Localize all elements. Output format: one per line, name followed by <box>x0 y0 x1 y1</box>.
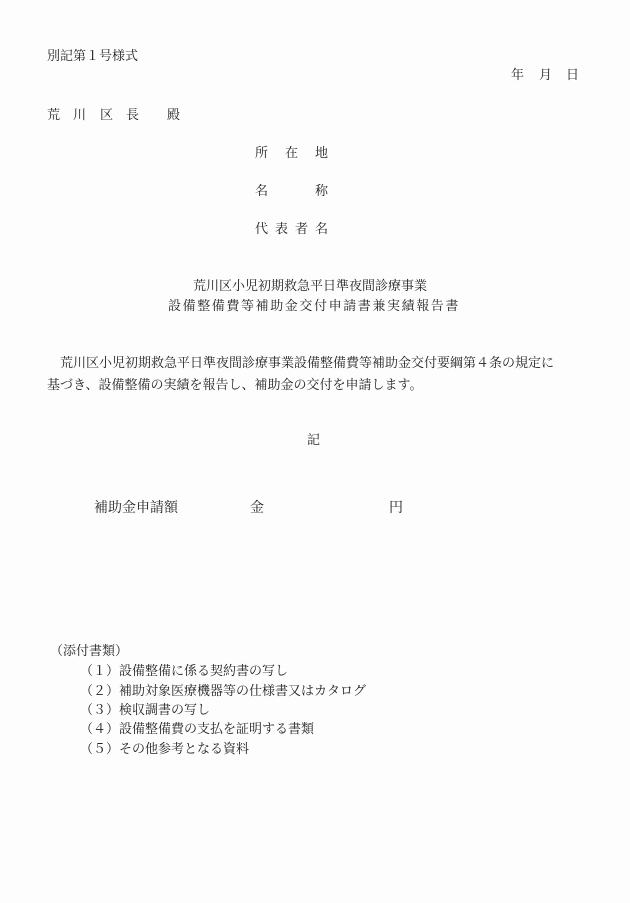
name-label: 称 <box>315 184 328 200</box>
body-line-2: 基づき、設備整備の実績を報告し、補助金の交付を申請します。 <box>47 378 422 394</box>
representative-label: 者 <box>295 222 308 238</box>
date-year: 年 <box>511 68 524 84</box>
date-month: 月 <box>539 68 552 84</box>
addressee-char: 区 <box>100 108 113 124</box>
attachment-item: （４）設備整備費の支払を証明する書類 <box>80 722 314 738</box>
addressee-char: 長 <box>126 108 139 124</box>
attachments-heading: （添付書類） <box>50 644 128 660</box>
address-label: 在 <box>285 146 298 162</box>
amount-unit: 円 <box>389 500 403 516</box>
representative-label: 代 <box>255 222 268 238</box>
attachment-item: （５）その他参考となる資料 <box>80 742 249 758</box>
addressee-char: 荒 <box>47 108 60 124</box>
amount-label: 補助金申請額 <box>94 500 178 516</box>
date-day: 日 <box>566 68 579 84</box>
ki-heading: 記 <box>307 433 320 449</box>
attachment-item: （３）検収調書の写し <box>80 703 210 719</box>
addressee-char: 川 <box>73 108 86 124</box>
form-number: 別記第１号様式 <box>47 49 138 65</box>
title-line-2: 設備整備費等補助金交付申請書兼実績報告書 <box>168 299 460 315</box>
representative-label: 表 <box>275 222 288 238</box>
address-label: 地 <box>315 146 328 162</box>
title-line-1: 荒川区小児初期救急平日準夜間診療事業 <box>193 279 427 295</box>
representative-label: 名 <box>315 222 328 238</box>
address-label: 所 <box>255 146 268 162</box>
name-label: 名 <box>255 184 268 200</box>
amount-prefix: 金 <box>250 500 264 516</box>
attachment-item: （２）補助対象医療機器等の仕様書又はカタログ <box>80 684 366 700</box>
addressee-honorific: 殿 <box>167 108 180 124</box>
attachment-item: （１）設備整備に係る契約書の写し <box>80 664 288 680</box>
body-line-1: 荒川区小児初期救急平日準夜間診療事業設備整備費等補助金交付要綱第４条の規定に <box>60 356 554 372</box>
